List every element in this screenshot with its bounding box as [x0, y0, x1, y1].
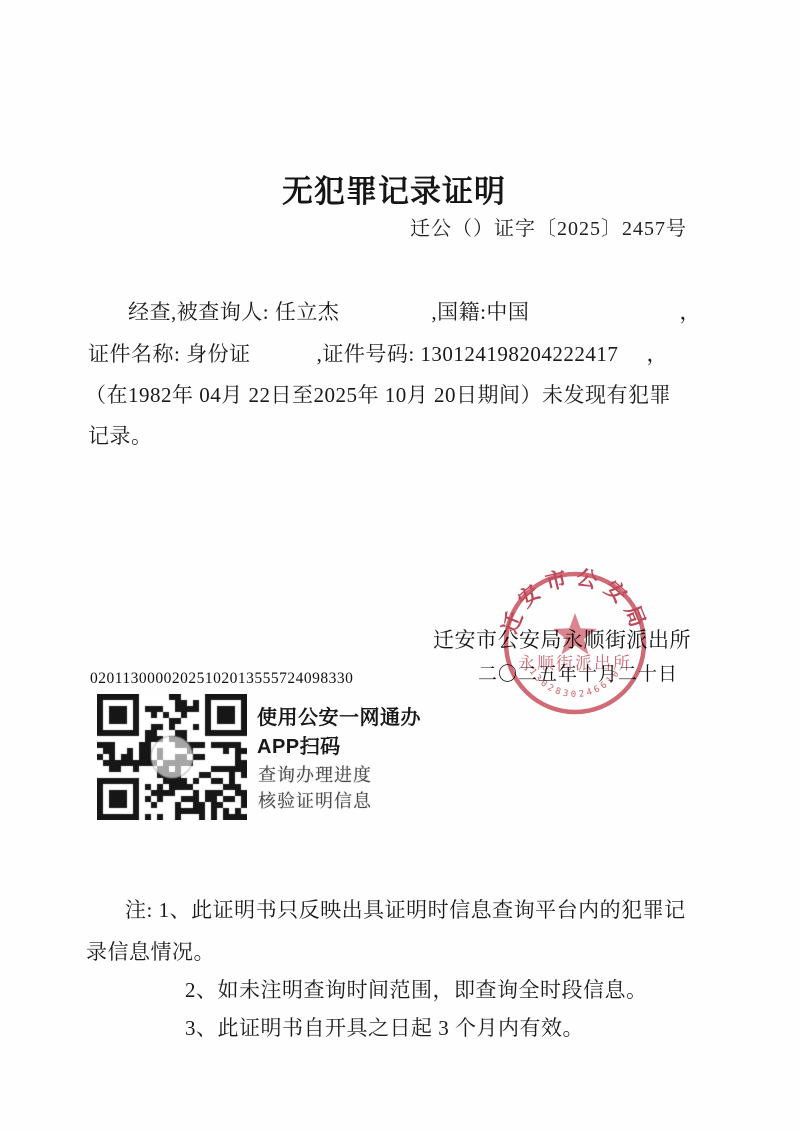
qr-heading-line1: 使用公安一网通办 — [257, 701, 421, 730]
qr-heading-line2: APP扫码 — [257, 730, 341, 759]
document-number: 迁公（）证字〔2025〕2457号 — [410, 212, 687, 241]
line2-trailing-comma: ， — [646, 342, 668, 366]
queried-person: 经查,被查询人: 任立杰 — [128, 300, 339, 324]
id-number: ,证件号码: 130124198204222417 — [317, 342, 619, 366]
qr-subtext-line2: 核验证明信息 — [258, 787, 372, 813]
seal-graphic: 迁安市公安局 永顺街派出所 1302830246610 — [500, 566, 650, 718]
note-line-4: 3、此证明书自开具之日起 3 个月内有效。 — [185, 1012, 584, 1042]
qr-code-image — [97, 694, 247, 820]
nationality: ,国籍:中国 — [431, 300, 529, 324]
line1-trailing-comma: ， — [679, 300, 701, 324]
qr-subtext-line1: 查询办理进度 — [258, 761, 372, 787]
page-title: 无犯罪记录证明 — [282, 166, 506, 211]
body-line-3: （在1982年 04月 22日至2025年 10月 20日期间）未发现有犯罪 — [85, 379, 671, 409]
certificate-page: 无犯罪记录证明 迁公（）证字〔2025〕2457号 经查,被查询人: 任立杰,国… — [0, 0, 800, 1131]
official-seal-stamp: 迁安市公安局 永顺街派出所 1302830246610 — [500, 566, 650, 718]
qr-serial-number: 02011300002025102013555724098330 — [90, 670, 353, 688]
id-type: 证件名称: 身份证 — [88, 342, 251, 366]
body-line-2: 证件名称: 身份证,证件号码: 130124198204222417， — [88, 338, 668, 368]
qr-code — [97, 694, 247, 820]
seal-star-icon — [553, 613, 597, 655]
note-line-2: 录信息情况。 — [86, 936, 215, 966]
body-line-1: 经查,被查询人: 任立杰,国籍:中国， — [128, 296, 701, 326]
body-line-4: 记录。 — [88, 420, 153, 450]
note-line-3: 2、如未注明查询时间范围，即查询全时段信息。 — [185, 974, 648, 1004]
note-line-1: 注: 1、此证明书只反映出具证明时信息查询平台内的犯罪记 — [125, 894, 686, 924]
